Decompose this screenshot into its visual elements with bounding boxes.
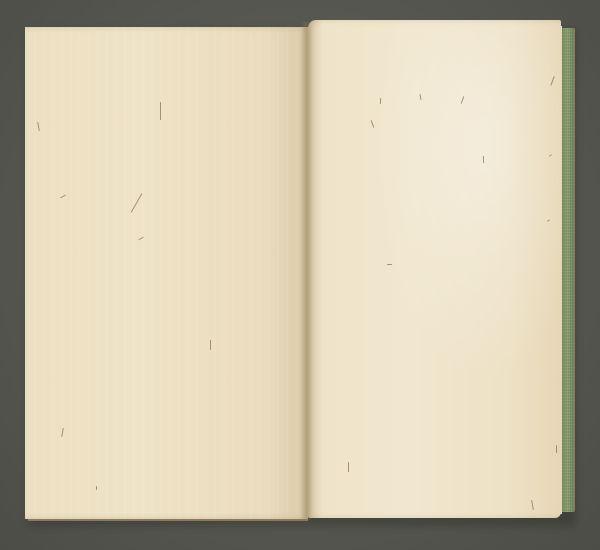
paper-fleck <box>348 462 349 472</box>
left-page <box>25 27 308 519</box>
paper-fleck <box>483 156 484 163</box>
right-page <box>308 20 561 518</box>
paper-fleck <box>380 98 381 104</box>
book-gutter <box>300 22 312 520</box>
paper-fleck <box>160 102 161 120</box>
green-cloth-cover-edge <box>562 28 575 512</box>
photo-scene <box>0 0 600 550</box>
paper-fleck <box>210 340 211 350</box>
paper-fleck <box>96 486 97 490</box>
paper-fleck <box>387 264 392 265</box>
paper-fleck <box>556 445 557 453</box>
